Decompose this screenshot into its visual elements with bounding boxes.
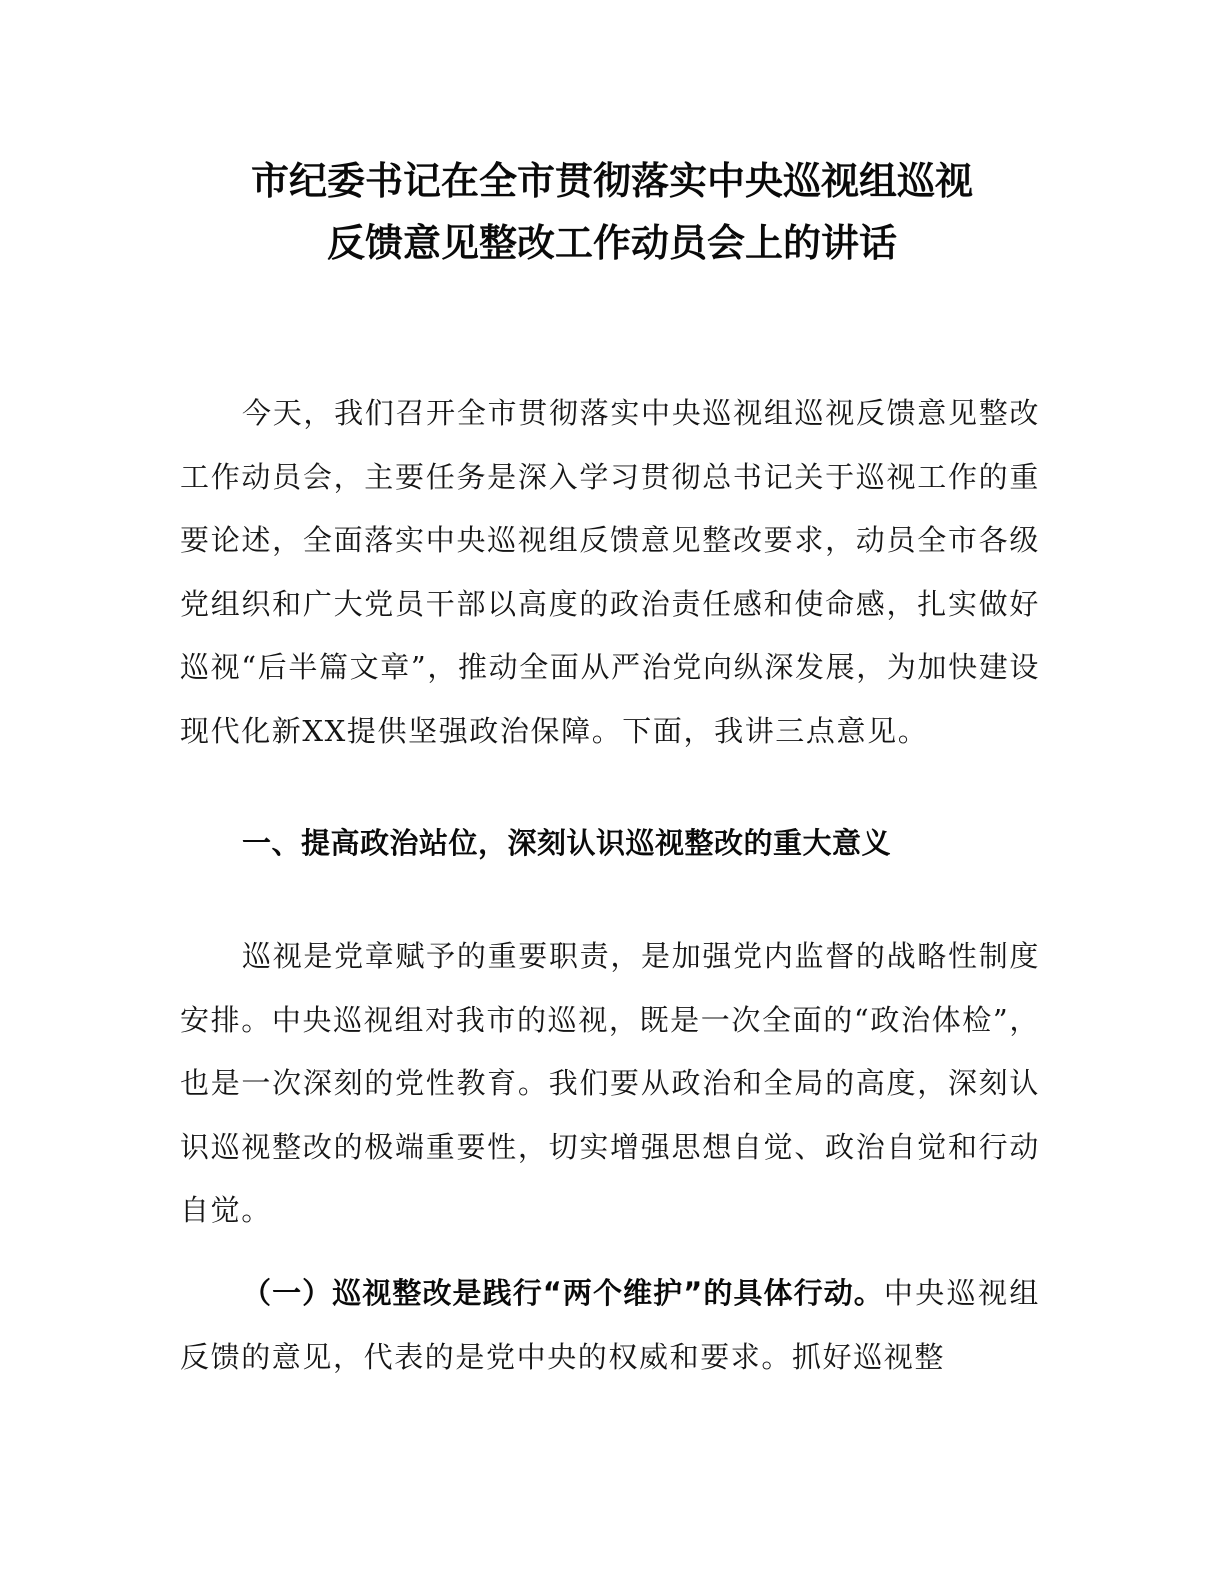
section-heading-block: 一、提高政治站位，深刻认识巡视整改的重大意义 — [180, 812, 1040, 876]
title-line-1: 市纪委书记在全市贯彻落实中央巡视组巡视 — [150, 150, 1074, 212]
document-page: 市纪委书记在全市贯彻落实中央巡视组巡视 反馈意见整改工作动员会上的讲话 今天，我… — [0, 0, 1224, 1584]
intro-paragraph-block: 今天，我们召开全市贯彻落实中央巡视组巡视反馈意见整改工作动员会，主要任务是深入学… — [180, 382, 1040, 763]
subsection-paragraph-block: （一）巡视整改是践行“两个维护”的具体行动。中央巡视组反馈的意见，代表的是党中央… — [180, 1262, 1040, 1389]
section-1-paragraph: 巡视是党章赋予的重要职责，是加强党内监督的战略性制度安排。中央巡视组对我市的巡视… — [180, 925, 1040, 1243]
section-heading-1: 一、提高政治站位，深刻认识巡视整改的重大意义 — [180, 812, 1040, 876]
intro-paragraph: 今天，我们召开全市贯彻落实中央巡视组巡视反馈意见整改工作动员会，主要任务是深入学… — [180, 382, 1040, 763]
title-line-2: 反馈意见整改工作动员会上的讲话 — [150, 212, 1074, 274]
subsection-paragraph: （一）巡视整改是践行“两个维护”的具体行动。中央巡视组反馈的意见，代表的是党中央… — [180, 1262, 1040, 1389]
document-title: 市纪委书记在全市贯彻落实中央巡视组巡视 反馈意见整改工作动员会上的讲话 — [150, 150, 1074, 274]
subsection-heading-1: （一）巡视整改是践行“两个维护”的具体行动。 — [242, 1276, 884, 1310]
section-1-paragraph-block: 巡视是党章赋予的重要职责，是加强党内监督的战略性制度安排。中央巡视组对我市的巡视… — [180, 925, 1040, 1243]
